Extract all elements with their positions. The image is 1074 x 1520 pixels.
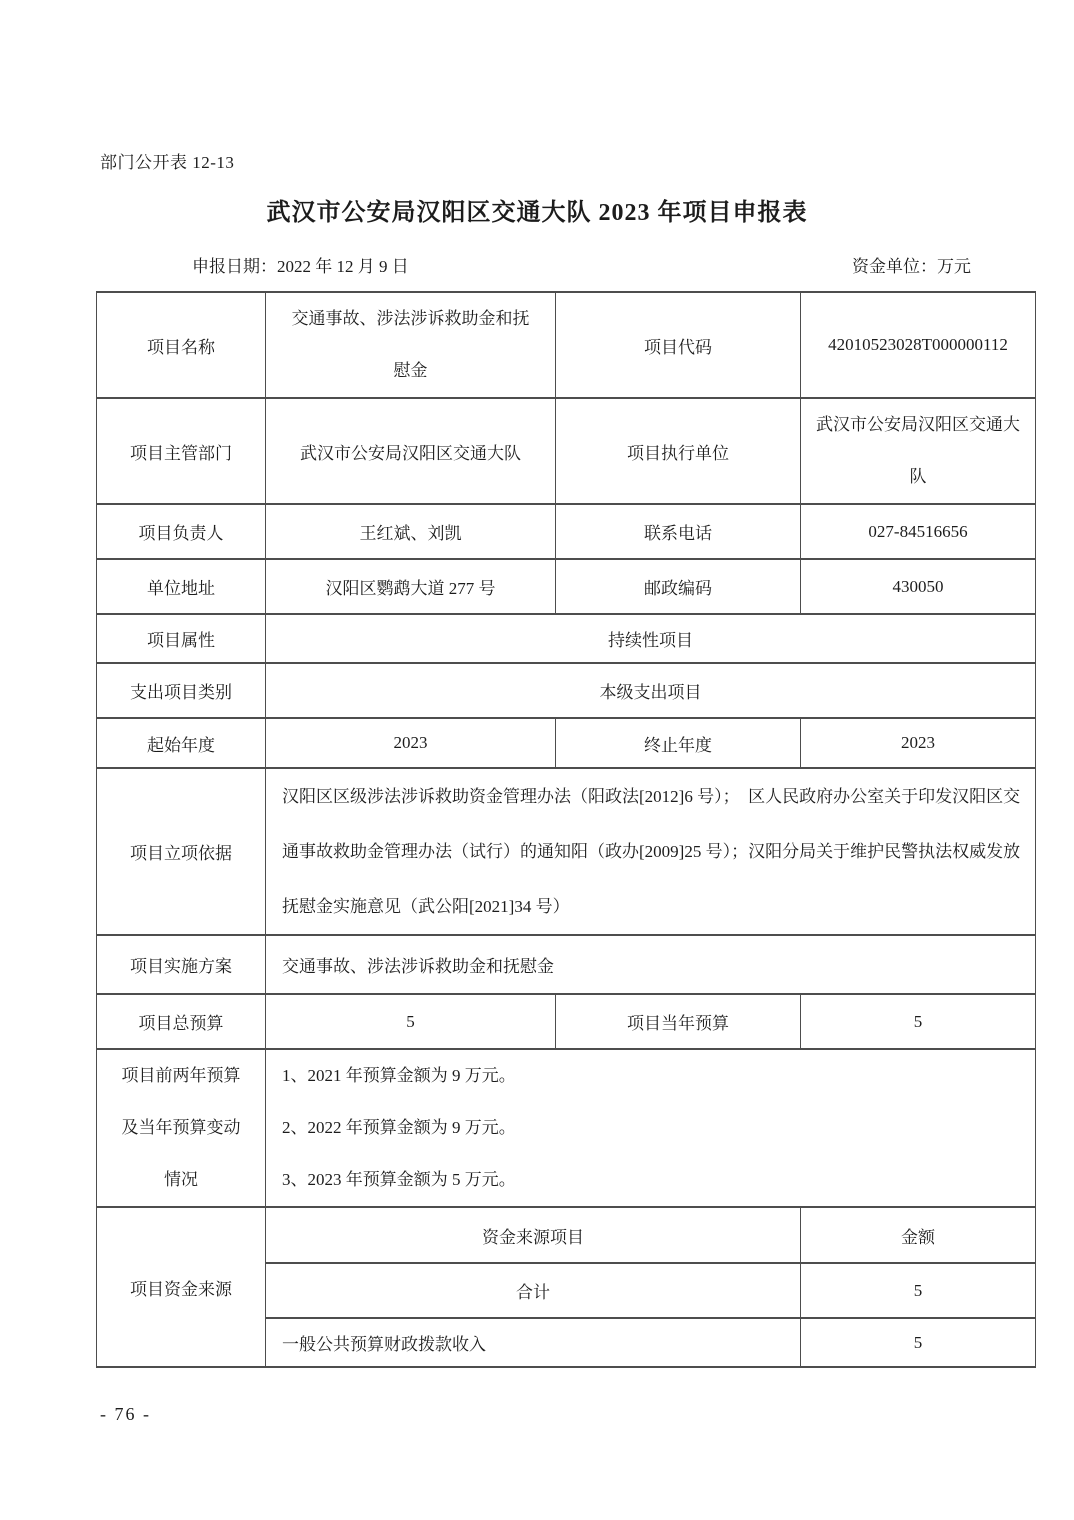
expense-category-label: 支出项目类别	[97, 663, 266, 718]
project-name-value: 交通事故、涉法涉诉救助金和抚慰金	[266, 292, 556, 398]
row-expense-category: 支出项目类别 本级支出项目	[97, 663, 1036, 718]
project-code-label: 项目代码	[556, 292, 801, 398]
row-budget: 项目总预算 5 项目当年预算 5	[97, 994, 1036, 1049]
funding-amount-header: 金额	[801, 1207, 1036, 1263]
executing-unit-label: 项目执行单位	[556, 398, 801, 504]
funding-label: 项目资金来源	[97, 1207, 266, 1367]
funding-general-amount: 5	[801, 1318, 1036, 1367]
row-legal-basis: 项目立项依据 汉阳区区级涉法涉诉救助资金管理办法（阳政法[2012]6 号）； …	[97, 768, 1036, 935]
project-name-label: 项目名称	[97, 292, 266, 398]
row-project-name: 项目名称 交通事故、涉法涉诉救助金和抚慰金 项目代码 42010523028T0…	[97, 292, 1036, 398]
row-years: 起始年度 2023 终止年度 2023	[97, 718, 1036, 768]
end-year-label: 终止年度	[556, 718, 801, 768]
meta-row: 申报日期：2022 年 12 月 9 日 资金单位：万元	[96, 252, 1035, 277]
page-title: 武汉市公安局汉阳区交通大队 2023 年项目申报表	[0, 192, 1074, 227]
row-person-in-charge: 项目负责人 王红斌、刘凯 联系电话 027-84516656	[97, 504, 1036, 559]
end-year-value: 2023	[801, 718, 1036, 768]
expense-category-value: 本级支出项目	[266, 663, 1036, 718]
implementation-plan-label: 项目实施方案	[97, 935, 266, 994]
budget-history-line-2: 2、2022 年预算金额为 9 万元。	[282, 1102, 1025, 1154]
current-year-budget-value: 5	[801, 994, 1036, 1049]
funding-total-name: 合计	[266, 1263, 801, 1318]
row-supervisor-dept: 项目主管部门 武汉市公安局汉阳区交通大队 项目执行单位 武汉市公安局汉阳区交通大…	[97, 398, 1036, 504]
funding-source-header: 资金来源项目	[266, 1207, 801, 1263]
declare-date: 申报日期：2022 年 12 月 9 日	[96, 252, 409, 277]
legal-basis-label: 项目立项依据	[97, 768, 266, 935]
project-application-table: 项目名称 交通事故、涉法涉诉救助金和抚慰金 项目代码 42010523028T0…	[96, 291, 1036, 1368]
address-value: 汉阳区鹦鹉大道 277 号	[266, 559, 556, 614]
phone-label: 联系电话	[556, 504, 801, 559]
row-budget-history: 项目前两年预算及当年预算变动情况 1、2021 年预算金额为 9 万元。 2、2…	[97, 1049, 1036, 1207]
budget-history-label: 项目前两年预算及当年预算变动情况	[97, 1049, 266, 1207]
row-implementation-plan: 项目实施方案 交通事故、涉法涉诉救助金和抚慰金	[97, 935, 1036, 994]
project-attribute-value: 持续性项目	[266, 614, 1036, 663]
total-budget-label: 项目总预算	[97, 994, 266, 1049]
postal-code-label: 邮政编码	[556, 559, 801, 614]
supervisor-dept-value: 武汉市公安局汉阳区交通大队	[266, 398, 556, 504]
budget-history-value: 1、2021 年预算金额为 9 万元。 2、2022 年预算金额为 9 万元。 …	[266, 1049, 1036, 1207]
budget-history-line-1: 1、2021 年预算金额为 9 万元。	[282, 1050, 1025, 1102]
person-in-charge-label: 项目负责人	[97, 504, 266, 559]
doc-label: 部门公开表 12-13	[100, 148, 234, 173]
person-in-charge-value: 王红斌、刘凯	[266, 504, 556, 559]
page-number: - 76 -	[100, 1404, 151, 1425]
start-year-label: 起始年度	[97, 718, 266, 768]
row-address: 单位地址 汉阳区鹦鹉大道 277 号 邮政编码 430050	[97, 559, 1036, 614]
phone-value: 027-84516656	[801, 504, 1036, 559]
total-budget-value: 5	[266, 994, 556, 1049]
supervisor-dept-label: 项目主管部门	[97, 398, 266, 504]
budget-history-line-3: 3、2023 年预算金额为 5 万元。	[282, 1154, 1025, 1206]
executing-unit-value: 武汉市公安局汉阳区交通大队	[801, 398, 1036, 504]
project-attribute-label: 项目属性	[97, 614, 266, 663]
current-year-budget-label: 项目当年预算	[556, 994, 801, 1049]
start-year-value: 2023	[266, 718, 556, 768]
row-project-attribute: 项目属性 持续性项目	[97, 614, 1036, 663]
legal-basis-value: 汉阳区区级涉法涉诉救助资金管理办法（阳政法[2012]6 号）； 区人民政府办公…	[266, 768, 1036, 935]
funding-general-name: 一般公共预算财政拨款收入	[266, 1318, 801, 1367]
funding-total-amount: 5	[801, 1263, 1036, 1318]
postal-code-value: 430050	[801, 559, 1036, 614]
row-funding-header: 项目资金来源 资金来源项目 金额	[97, 1207, 1036, 1263]
implementation-plan-value: 交通事故、涉法涉诉救助金和抚慰金	[266, 935, 1036, 994]
address-label: 单位地址	[97, 559, 266, 614]
fund-unit: 资金单位：万元	[852, 252, 1035, 277]
project-code-value: 42010523028T000000112	[801, 292, 1036, 398]
